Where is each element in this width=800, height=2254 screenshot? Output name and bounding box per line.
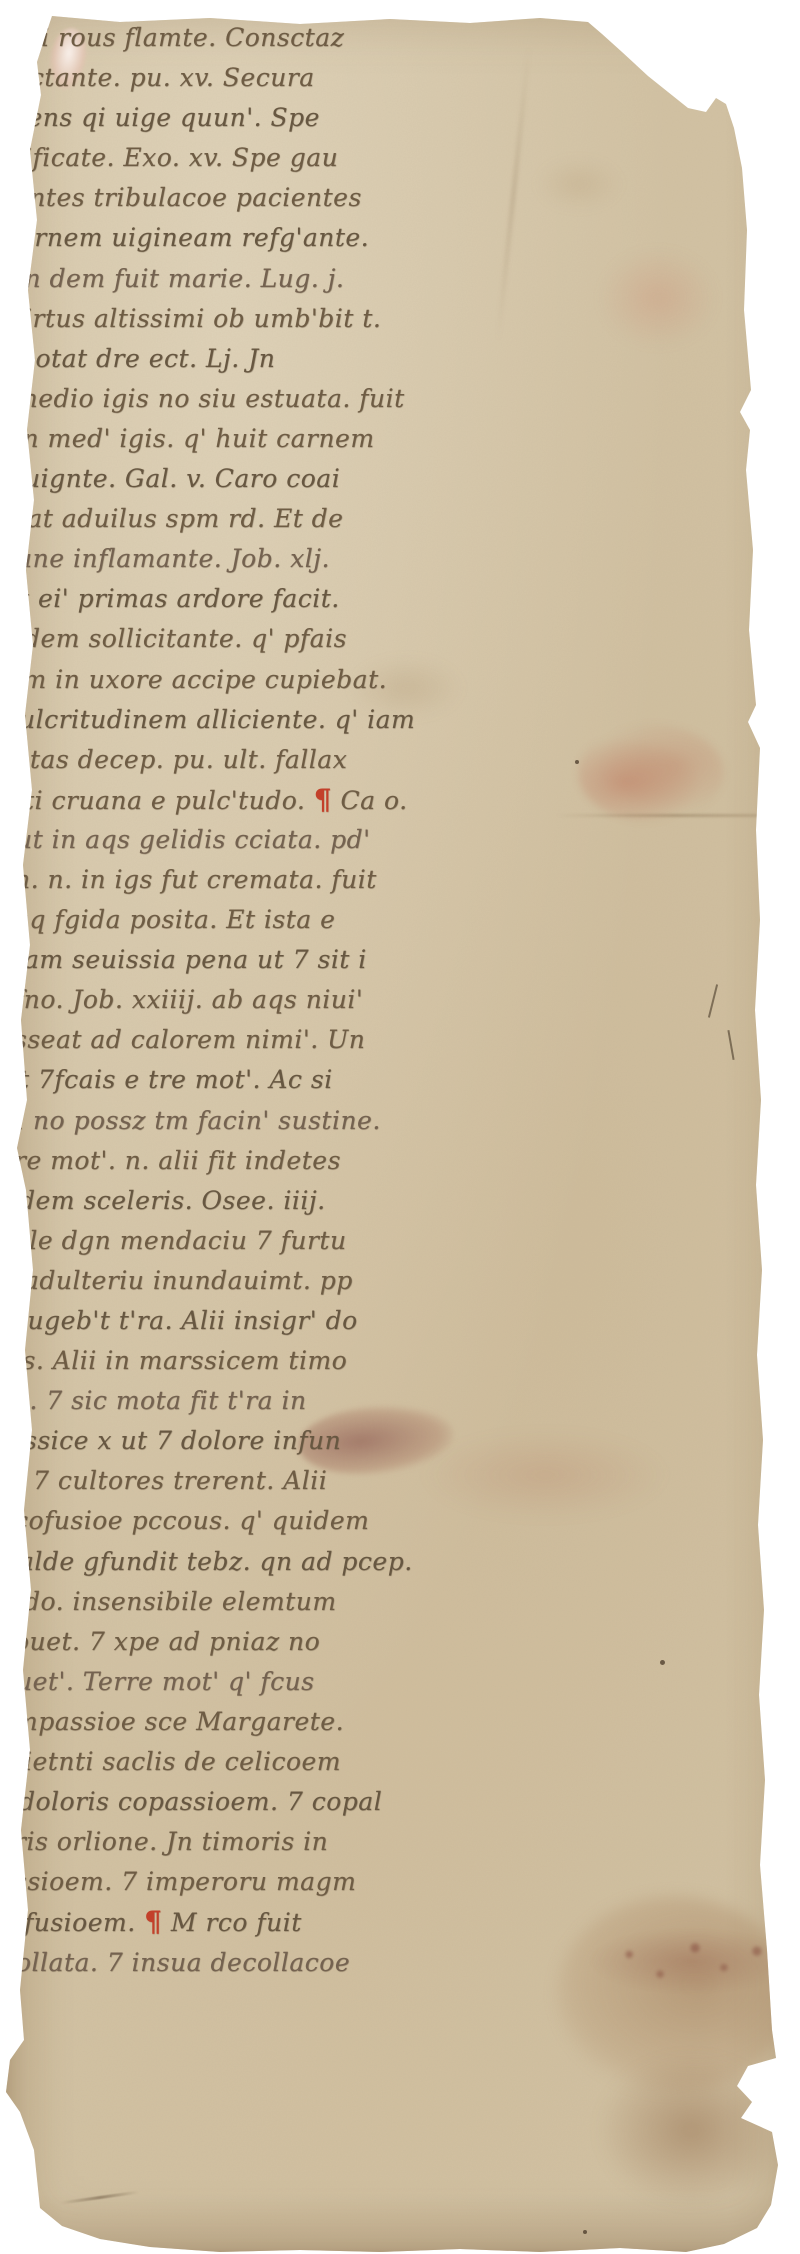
manuscript-text-line: alde gfundit tebz. qn ad pcep. [19, 1542, 574, 1582]
text-segment: ouet. 7 xpe ad pniaz no [14, 1627, 320, 1656]
manuscript-text-line: t 7 cultores trerent. Alii [14, 1461, 574, 1501]
scratch-mark [60, 2190, 140, 2204]
text-segment: fno. Job. xxiiij. ab aqs niui' [14, 985, 363, 1014]
photograph-background: tui rous flamte. Consctazl'ctante. pu. x… [0, 0, 800, 2254]
manuscript-text-line: fno. Job. xxiiij. ab aqs niui' [14, 980, 574, 1020]
text-segment: re mot'. n. alii fit indetes [14, 1146, 341, 1175]
manuscript-text-line: irtus altissimi ob umb'bit t. [24, 299, 574, 339]
text-segment: ris orlione. Jn timoris in [14, 1827, 328, 1856]
manuscript-text-line: ris orlione. Jn timoris in [14, 1822, 574, 1862]
manuscript-text-line: aq fgida posita. Et ista e [14, 900, 574, 940]
text-segment: fusioem. [24, 1908, 144, 1937]
text-segment: une inflamante. Job. xlj. [16, 544, 330, 573]
manuscript-text-line: arnem uigineam refg'ante. [19, 218, 574, 258]
manuscript-text-line: doloris copassioem. 7 copal [19, 1782, 574, 1822]
text-segment: ut in aqs gelidis cciata. pd' [16, 825, 371, 854]
text-segment: uignte. Gal. v. Caro coai [24, 464, 340, 493]
rubric-paraph-mark: ¶ [314, 783, 332, 816]
text-segment: n. n. in igs fut cremata. fuit [14, 865, 377, 894]
text-segment: l'ctante. pu. xv. Secura [14, 63, 315, 92]
manuscript-text-line: l'ctante. pu. xv. Secura [14, 58, 574, 98]
text-segment: in dem fuit marie. Lug. j. [16, 264, 344, 293]
manuscript-text-block: tui rous flamte. Consctazl'ctante. pu. x… [14, 18, 574, 1983]
manuscript-text-line: dem sceleris. Osee. iiij. [19, 1181, 574, 1221]
text-segment: sat aduilus spm rd. Et de [14, 504, 343, 533]
brown-stain-bottom-right [598, 2054, 784, 2206]
manuscript-text-line: mpassioe sce Margarete. [14, 1702, 574, 1742]
parchment-fragment: tui rous flamte. Consctazl'ctante. pu. x… [0, 0, 800, 2254]
ink-fleck [583, 2230, 587, 2234]
manuscript-text-line: l'tas decep. pu. ult. fallax [14, 740, 574, 780]
manuscript-text-line: ollata. 7 insua decollacoe [16, 1943, 574, 1983]
manuscript-text-line: adulteriu inundauimt. pp [24, 1261, 574, 1301]
text-segment: uet'. Terre mot' q' fcus [16, 1667, 315, 1696]
text-segment: am seuissia pena ut 7 sit i [24, 945, 367, 974]
manuscript-text-line: ulcritudinem alliciente. q' iam [19, 700, 574, 740]
text-segment: l no possz tm facin' sustine. [16, 1106, 381, 1135]
text-segment: lugeb't t'ra. Alii insigr' do [19, 1306, 358, 1335]
text-segment: mpassioe sce Margarete. [14, 1707, 344, 1736]
manuscript-text-line: ssioem. 7 imperoru magm [14, 1862, 574, 1902]
red-speckle-stain-middle [578, 724, 724, 822]
text-segment: entes tribulacoe pacientes [14, 183, 362, 212]
text-segment: l'tas decep. pu. ult. fallax [14, 745, 347, 774]
text-segment: doloris copassioem. 7 copal [19, 1787, 382, 1816]
manuscript-text-line: dem sollicitante. q' pfais [24, 619, 574, 659]
text-segment: potat dre ect. Lj. Jn [19, 344, 275, 373]
manuscript-text-line: uignte. Gal. v. Caro coai [24, 459, 574, 499]
text-segment: do. insensibile elemtum [24, 1587, 337, 1616]
manuscript-text-line: ut in aqs gelidis cciata. pd' [16, 820, 574, 860]
text-segment: t ei' primas ardore facit. [19, 584, 340, 613]
text-segment: irtus altissimi ob umb'bit t. [24, 304, 381, 333]
text-segment: tui rous flamte. Consctaz [14, 23, 344, 52]
text-segment: adulteriu inundauimt. pp [24, 1266, 353, 1295]
text-segment: alde gfundit tebz. qn ad pcep. [19, 1547, 413, 1576]
manuscript-text-line: re mot'. n. alii fit indetes [14, 1141, 574, 1181]
manuscript-text-line: potat dre ect. Lj. Jn [19, 339, 574, 379]
manuscript-text-line: iens qi uige quun'. Spe [19, 98, 574, 138]
text-segment: ssioem. 7 imperoru magm [14, 1867, 356, 1896]
rubric-paraph-mark: ¶ [144, 1905, 162, 1938]
manuscript-text-line: lugeb't t'ra. Alii insigr' do [19, 1301, 574, 1341]
manuscript-text-line: sat aduilus spm rd. Et de [14, 499, 574, 539]
text-segment: Ca o. [332, 786, 408, 815]
manuscript-text-line: lm in uxore accipe cupiebat. [14, 660, 574, 700]
manuscript-text-line: do. insensibile elemtum [24, 1582, 574, 1622]
manuscript-text-line: is. Alii in marssicem timo [14, 1341, 574, 1381]
text-segment: s. 7 sic mota fit t'ra in [16, 1386, 307, 1415]
text-segment: dem sceleris. Osee. iiij. [19, 1186, 326, 1215]
manuscript-text-line: t 7fcais e tre mot'. Ac si [19, 1060, 574, 1100]
manuscript-text-line: in dem fuit marie. Lug. j. [16, 259, 574, 299]
text-segment: ale dgn mendaciu 7 furtu [14, 1226, 347, 1255]
brown-stain-bottom-right [556, 1896, 792, 2092]
manuscript-text-line: uet'. Terre mot' q' fcus [16, 1662, 574, 1702]
manuscript-text-line: medio igis no siu estuata. fuit [14, 379, 574, 419]
text-segment: cofusioe pccous. q' quidem [14, 1506, 369, 1535]
manuscript-text-line: tui rous flamte. Consctaz [14, 18, 574, 58]
text-segment: medio igis no siu estuata. fuit [14, 384, 405, 413]
manuscript-text-line: s. 7 sic mota fit t'ra in [16, 1381, 574, 1421]
manuscript-text-line: ti cruana e pulc'tudo. ¶ Ca o. [24, 780, 574, 820]
manuscript-text-line: ietnti saclis de celicoem [24, 1742, 574, 1782]
text-segment: arnem uigineam refg'ante. [19, 223, 369, 252]
text-segment: t 7fcais e tre mot'. Ac si [19, 1065, 333, 1094]
ink-fleck [575, 760, 579, 764]
text-segment: dem sollicitante. q' pfais [24, 624, 347, 653]
manuscript-text-line: fusioem. ¶ M rco fuit [24, 1902, 574, 1942]
manuscript-text-line: une inflamante. Job. xlj. [16, 539, 574, 579]
manuscript-text-line: l no possz tm facin' sustine. [16, 1101, 574, 1141]
text-segment: is. Alii in marssicem timo [14, 1346, 347, 1375]
text-segment: ti cruana e pulc'tudo. [24, 786, 314, 815]
text-segment: sseat ad calorem nimi'. Un [14, 1025, 365, 1054]
hairline-scratch [708, 984, 718, 1017]
manuscript-text-line: in med' igis. q' huit carnem [14, 419, 574, 459]
manuscript-text-line: entes tribulacoe pacientes [14, 178, 574, 218]
ink-fleck [660, 1660, 665, 1665]
manuscript-text-line: ificate. Exo. xv. Spe gau [24, 138, 574, 178]
manuscript-text-line: t ei' primas ardore facit. [19, 579, 574, 619]
manuscript-text-line: ouet. 7 xpe ad pniaz no [14, 1622, 574, 1662]
text-segment: lm in uxore accipe cupiebat. [14, 665, 387, 694]
text-segment: ollata. 7 insua decollacoe [16, 1948, 350, 1977]
manuscript-text-line: sseat ad calorem nimi'. Un [14, 1020, 574, 1060]
text-segment: in med' igis. q' huit carnem [14, 424, 375, 453]
horizontal-crease [556, 814, 794, 817]
text-segment: ssice x ut 7 dolore infun [24, 1426, 341, 1455]
text-segment: ietnti saclis de celicoem [24, 1747, 341, 1776]
text-segment: iens qi uige quun'. Spe [19, 103, 320, 132]
pink-stain-upper-right [596, 246, 720, 350]
manuscript-text-line: cofusioe pccous. q' quidem [14, 1501, 574, 1541]
text-segment: t 7 cultores trerent. Alii [14, 1466, 327, 1495]
manuscript-text-line: am seuissia pena ut 7 sit i [24, 940, 574, 980]
text-segment: ificate. Exo. xv. Spe gau [24, 143, 338, 172]
manuscript-text-line: n. n. in igs fut cremata. fuit [14, 860, 574, 900]
text-segment: ulcritudinem alliciente. q' iam [19, 705, 415, 734]
manuscript-text-line: ssice x ut 7 dolore infun [24, 1421, 574, 1461]
hairline-scratch [727, 1030, 734, 1060]
text-segment: M rco fuit [162, 1908, 301, 1937]
text-segment: aq fgida posita. Et ista e [14, 905, 335, 934]
speckled-stain [588, 1928, 794, 1994]
manuscript-text-line: ale dgn mendaciu 7 furtu [14, 1221, 574, 1261]
